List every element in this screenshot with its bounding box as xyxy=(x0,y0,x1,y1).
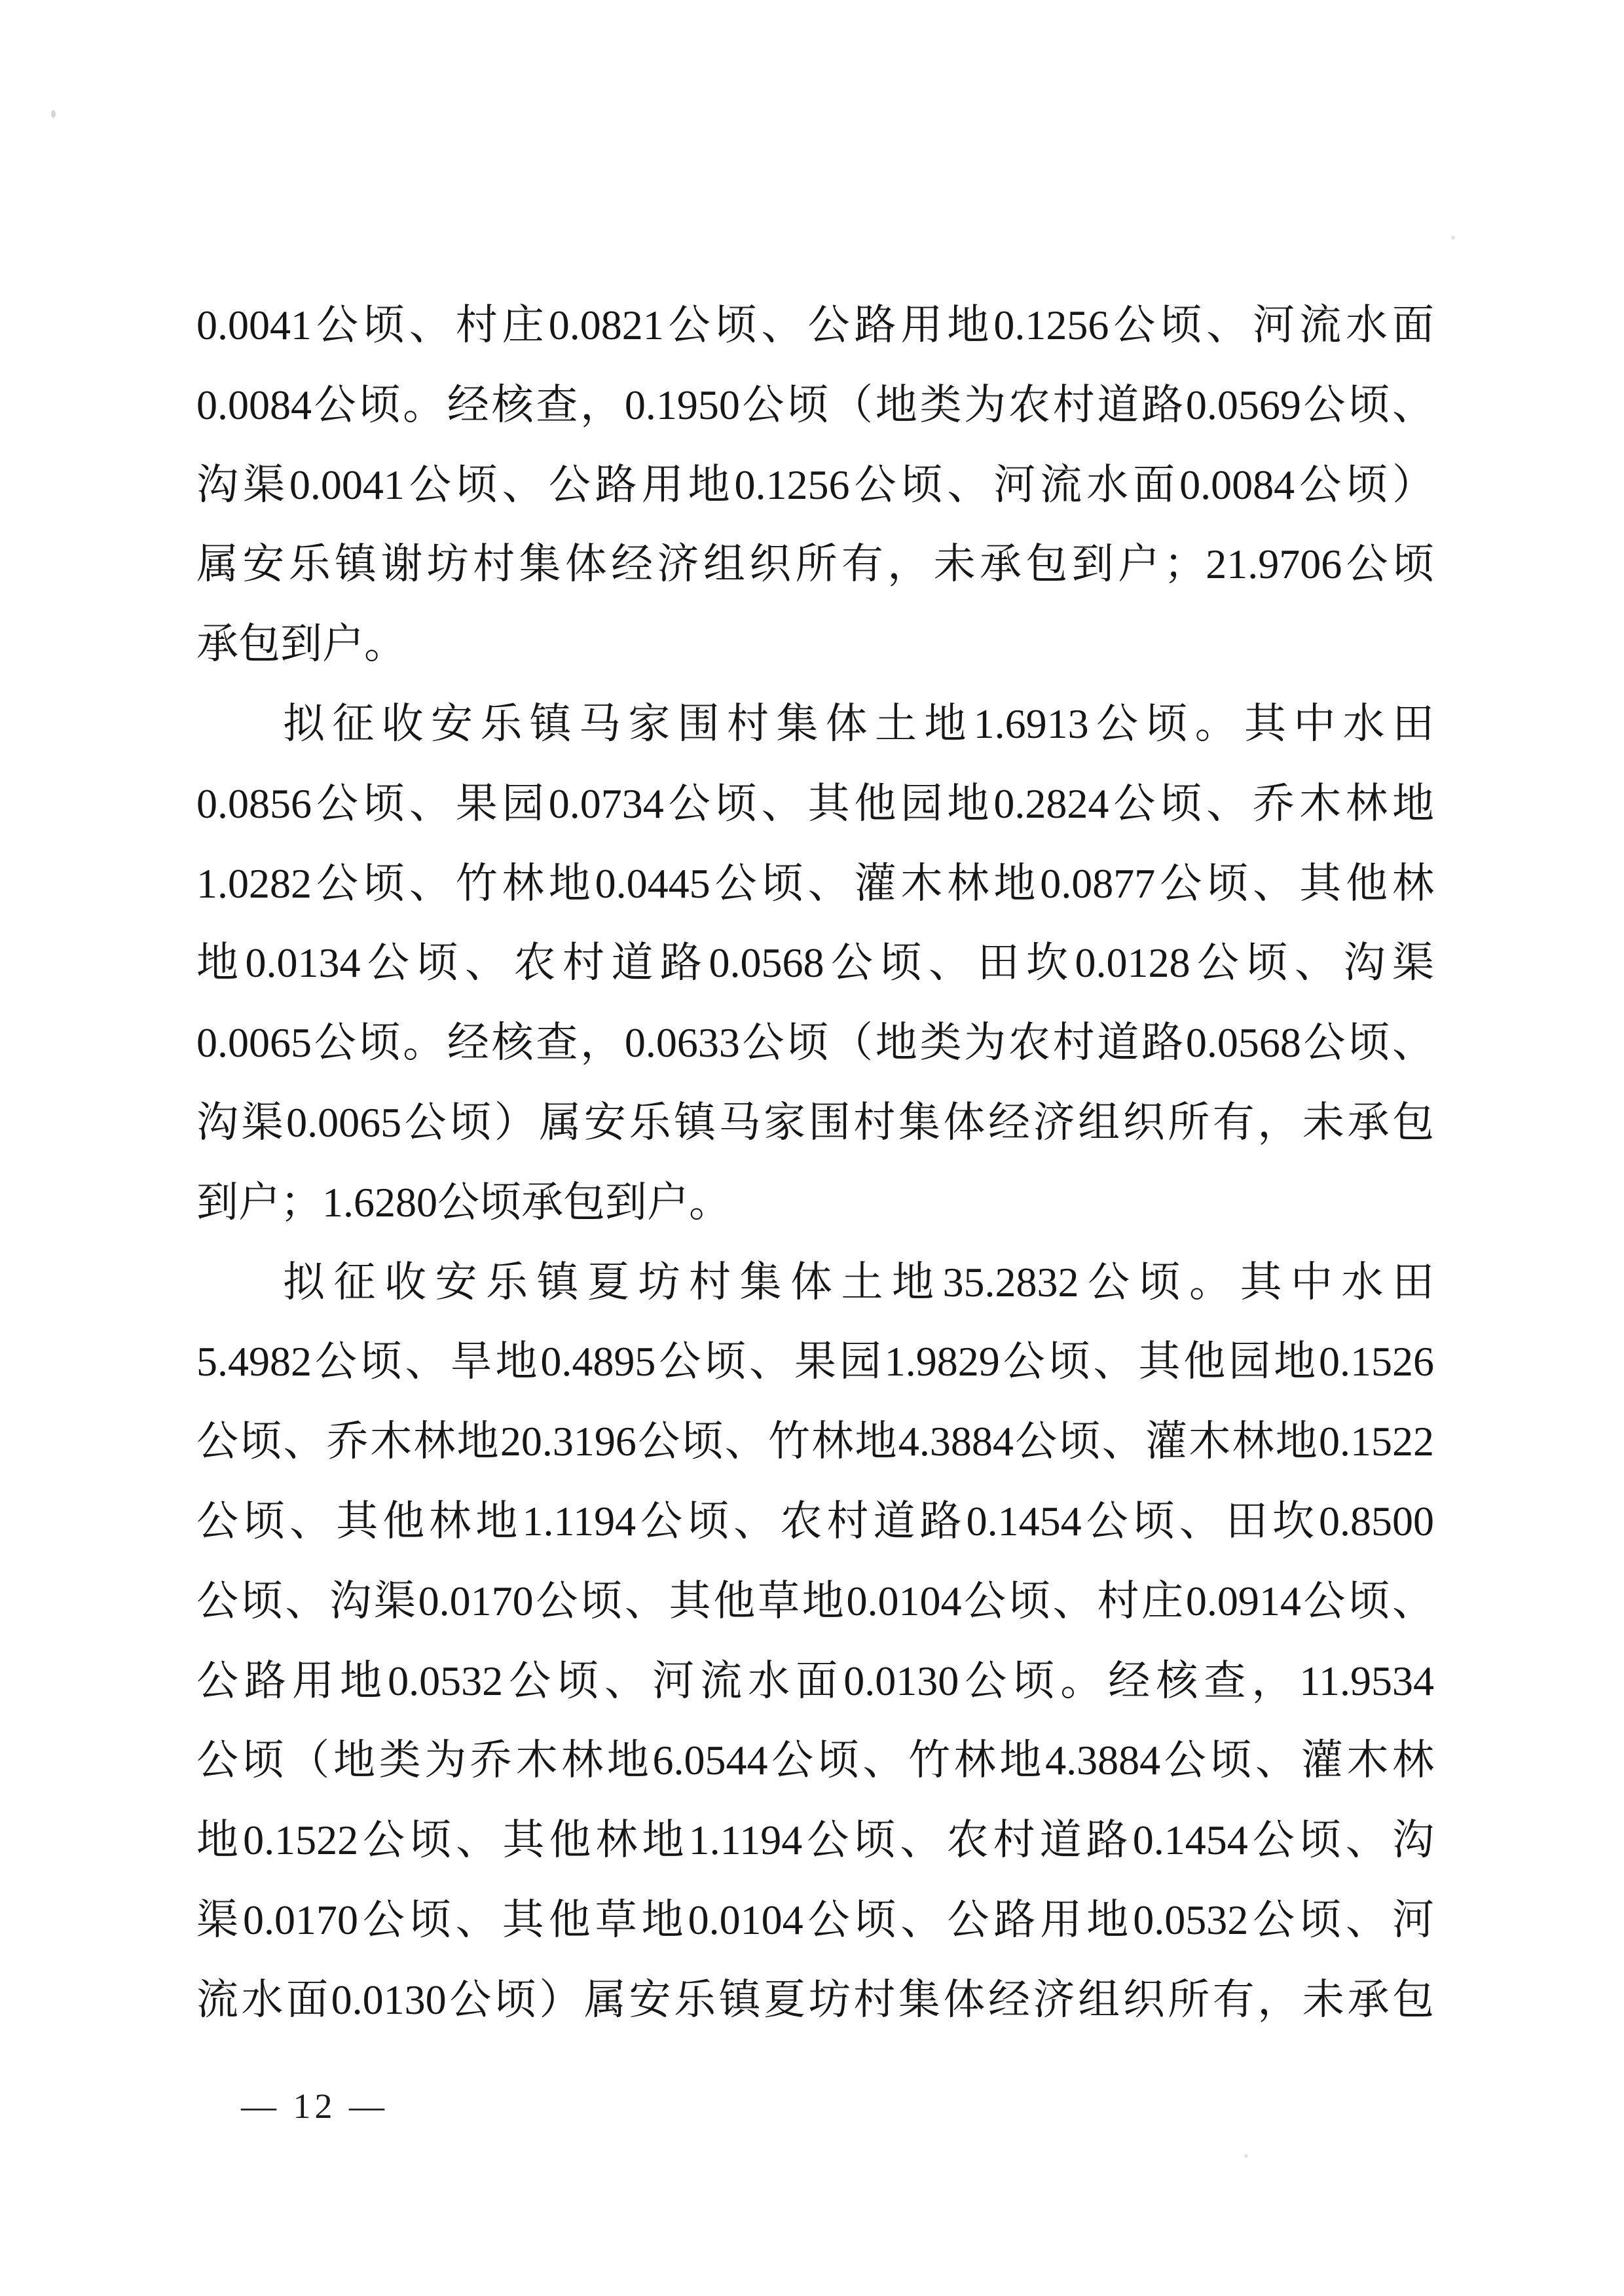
text-line: 1.0282公顷、竹林地0.0445公顷、灌木林地0.0877公顷、其他林 xyxy=(196,844,1434,924)
text-line: 地0.1522公顷、其他林地1.1194公顷、农村道路0.1454公顷、沟 xyxy=(196,1800,1434,1880)
scan-artifact-speck xyxy=(1244,2154,1248,2158)
document-page: 0.0041公顷、村庄0.0821公顷、公路用地0.1256公顷、河流水面0.0… xyxy=(0,0,1624,2296)
text-line: 公顷、其他林地1.1194公顷、农村道路0.1454公顷、田坎0.8500 xyxy=(196,1482,1434,1561)
page-number: — 12 — xyxy=(241,2086,388,2126)
text-line: 0.0041公顷、村庄0.0821公顷、公路用地0.1256公顷、河流水面 xyxy=(196,285,1434,365)
text-line: 到户；1.6280公顷承包到户。 xyxy=(196,1163,1434,1243)
text-line: 公顷、乔木林地20.3196公顷、竹林地4.3884公顷、灌木林地0.1522 xyxy=(196,1402,1434,1482)
text-line: 公顷（地类为乔木林地6.0544公顷、竹林地4.3884公顷、灌木林 xyxy=(196,1721,1434,1800)
text-line: 公路用地0.0532公顷、河流水面0.0130公顷。经核查，11.9534 xyxy=(196,1641,1434,1721)
text-line: 0.0856公顷、果园0.0734公顷、其他园地0.2824公顷、乔木林地 xyxy=(196,764,1434,844)
text-line: 承包到户。 xyxy=(196,604,1434,684)
document-body: 0.0041公顷、村庄0.0821公顷、公路用地0.1256公顷、河流水面0.0… xyxy=(196,285,1434,2040)
text-line: 沟渠0.0065公顷）属安乐镇马家围村集体经济组织所有，未承包 xyxy=(196,1083,1434,1163)
scan-artifact-speck xyxy=(1451,236,1455,240)
text-line: 渠0.0170公顷、其他草地0.0104公顷、公路用地0.0532公顷、河 xyxy=(196,1880,1434,1960)
scan-artifact-speck xyxy=(51,110,56,118)
text-line: 地0.0134公顷、农村道路0.0568公顷、田坎0.0128公顷、沟渠 xyxy=(196,923,1434,1003)
text-line: 0.0084公顷。经核查，0.1950公顷（地类为农村道路0.0569公顷、 xyxy=(196,365,1434,445)
text-line: 拟征收安乐镇马家围村集体土地1.6913公顷。其中水田 xyxy=(196,684,1434,764)
text-line: 属安乐镇谢坊村集体经济组织所有，未承包到户；21.9706公顷 xyxy=(196,524,1434,604)
text-line: 5.4982公顷、旱地0.4895公顷、果园1.9829公顷、其他园地0.152… xyxy=(196,1322,1434,1402)
text-line: 流水面0.0130公顷）属安乐镇夏坊村集体经济组织所有，未承包 xyxy=(196,1960,1434,2040)
text-line: 沟渠0.0041公顷、公路用地0.1256公顷、河流水面0.0084公顷） xyxy=(196,445,1434,525)
text-line: 0.0065公顷。经核查，0.0633公顷（地类为农村道路0.0568公顷、 xyxy=(196,1003,1434,1083)
text-line: 拟征收安乐镇夏坊村集体土地35.2832公顷。其中水田 xyxy=(196,1243,1434,1322)
text-line: 公顷、沟渠0.0170公顷、其他草地0.0104公顷、村庄0.0914公顷、 xyxy=(196,1561,1434,1641)
